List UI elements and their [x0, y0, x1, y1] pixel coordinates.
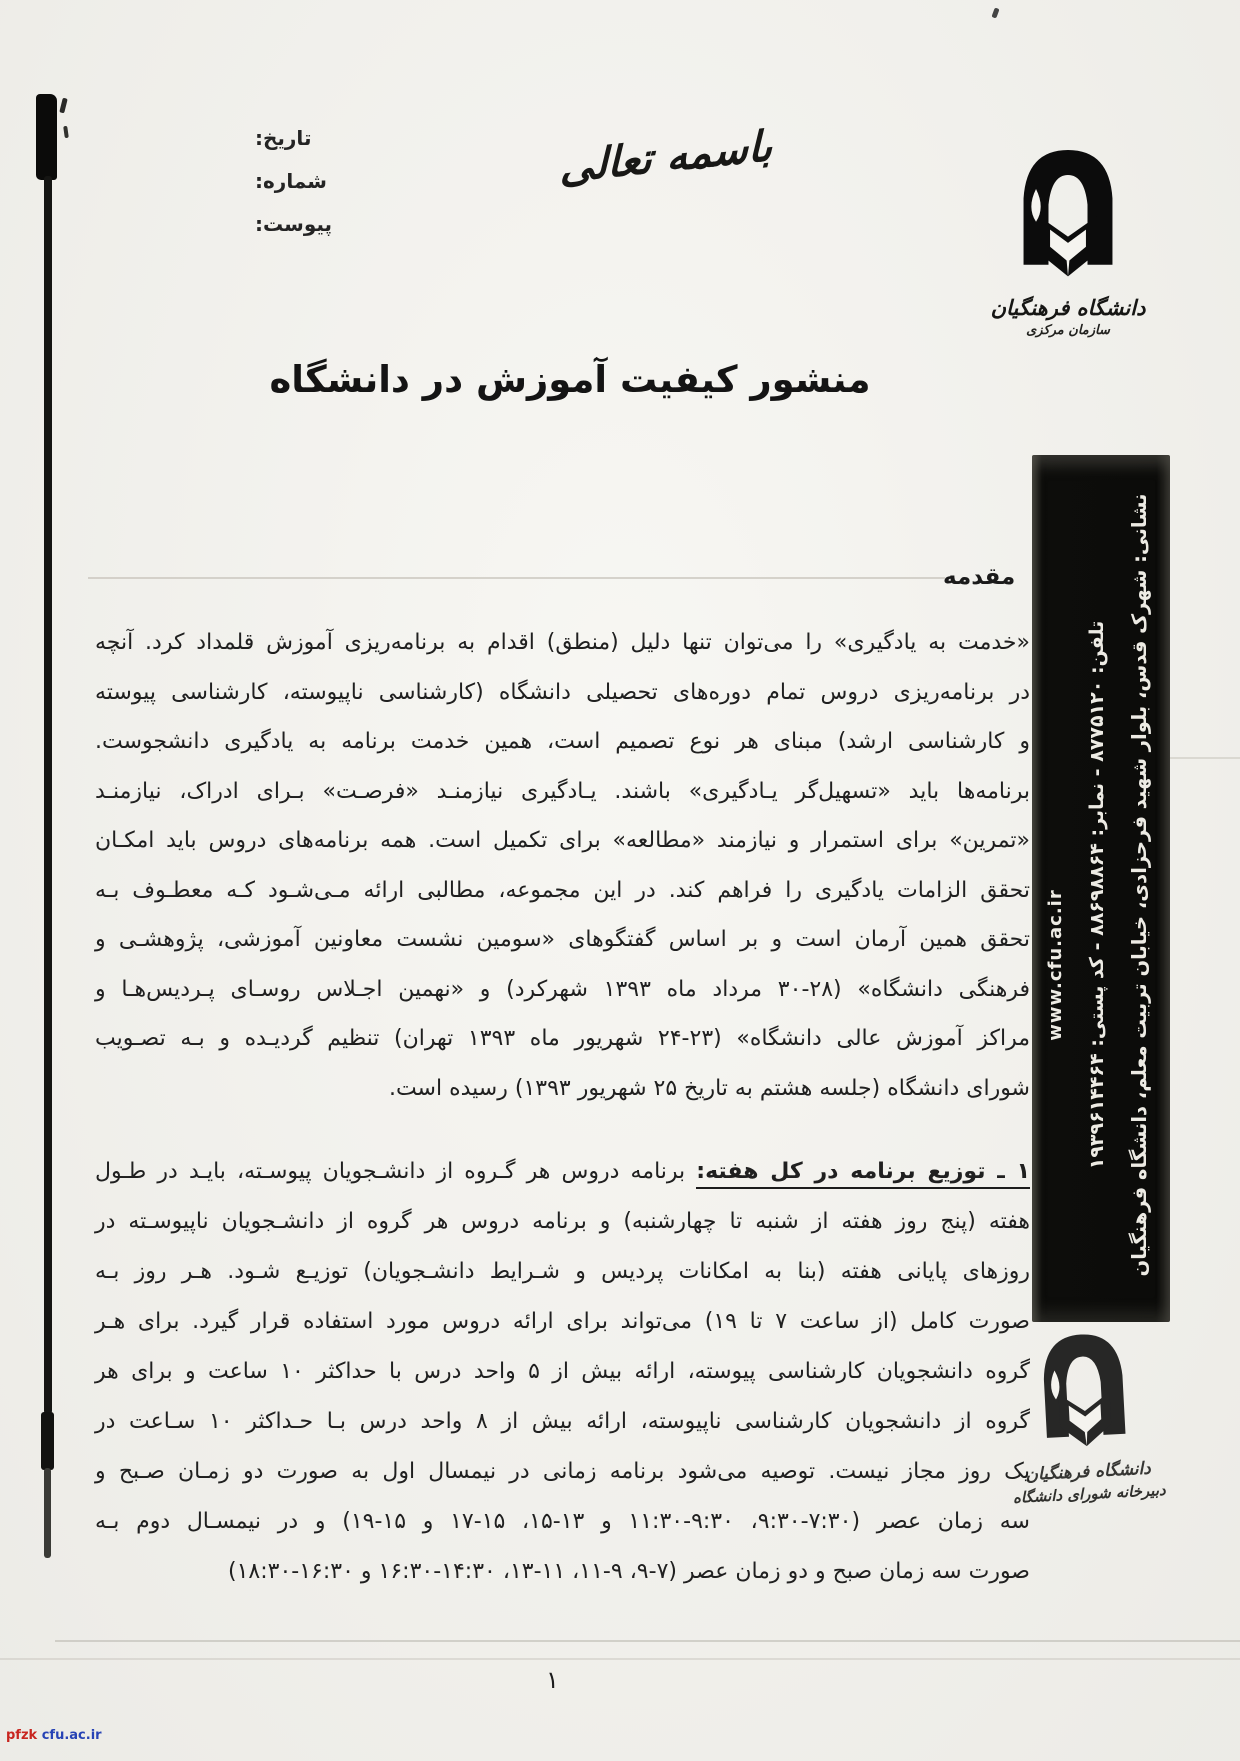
- section1-first-line-text: برنامه دروس هر گـروه از دانشـجویان پیوسـ…: [95, 1159, 685, 1184]
- paragraph-line: صورت کامل (از ساعت ۷ تا ۱۹) می‌تواند برا…: [95, 1297, 1030, 1347]
- paragraph-line: شورای دانشگاه (جلسه هشتم به تاریخ ۲۵ شهر…: [95, 1064, 1030, 1114]
- university-name: دانشگاه فرهنگیان: [988, 296, 1148, 320]
- divider-line: [55, 1640, 1240, 1642]
- university-logo-block: دانشگاه فرهنگیان سازمان مرکزی: [988, 136, 1148, 338]
- besmele-calligraphy: باسمه تعالی: [537, 118, 796, 194]
- header-fields: تاریخ: شماره: پیوست:: [255, 126, 370, 255]
- divider-line: [88, 577, 945, 579]
- scanned-document-page: تاریخ: شماره: پیوست: باسمه تعالی دانشگاه…: [0, 0, 1240, 1761]
- divider-line: [0, 1658, 1240, 1660]
- paragraph-line: روزهای پایانی هفته (بنا به امکانات پردیس…: [95, 1247, 1030, 1297]
- section1-paragraph: ۱ ـ توزیع برنامه در کل هفته: برنامه دروس…: [95, 1147, 1030, 1597]
- paragraph-line: گروه دانشجویان کارشناسی پیوسته، ارائه بی…: [95, 1347, 1030, 1397]
- scan-edge-line: [44, 1468, 51, 1558]
- intro-paragraph: «خدمت به یادگیری» را می‌توان تنها دلیل (…: [95, 618, 1030, 1113]
- watermark-text: pfzk: [6, 1728, 37, 1743]
- central-organization-label: سازمان مرکزی: [988, 323, 1148, 338]
- letterhead-address: نشانی: شهرک قدس، بلوار شهید فرحزادی، خیا…: [1127, 455, 1153, 1315]
- section1-heading: ۱ ـ توزیع برنامه در کل هفته:: [696, 1159, 1030, 1189]
- letterhead-website: www.cfu.ac.ir: [1043, 535, 1069, 1395]
- letterhead-contact: تلفن: ۸۷۷۵۱۲۰ - نمابر: ۸۸۶۹۸۸۶۴ - کد پست…: [1084, 465, 1110, 1325]
- corner-watermark: pfzk cfu.ac.ir: [6, 1728, 102, 1743]
- paragraph-line: گروه از دانشجویان کارشناسی ناپیوسته، ارا…: [95, 1397, 1030, 1447]
- attachment-label: پیوست:: [255, 212, 370, 236]
- university-logo-icon: [1006, 136, 1130, 292]
- watermark-link-text: cfu.ac.ir: [42, 1728, 102, 1743]
- paragraph-line: صورت سه زمان صبح و دو زمان عصر (۷-۹، ۹-۱…: [95, 1547, 1030, 1597]
- page-number: ۱: [546, 1666, 559, 1694]
- divider-line: [1168, 757, 1240, 759]
- paragraph-line: و کارشناسی ارشد) مبنای هر نوع تصمیم است،…: [95, 717, 1030, 767]
- paragraph-line: هفته (پنج روز هفته از شنبه تا چهارشنبه) …: [95, 1197, 1030, 1247]
- secretariat-stamp: دانشگاه فرهنگیان دبیرخانه شورای دانشگاه: [980, 1317, 1189, 1508]
- university-logo-icon: [1026, 1319, 1141, 1462]
- intro-heading: مقدمه: [943, 564, 1015, 590]
- scan-speck: [63, 126, 69, 138]
- number-label: شماره:: [255, 169, 370, 193]
- paragraph-line: «تمرین» برای استمرار و نیازمند «مطالعه» …: [95, 816, 1030, 866]
- paragraph-line: برنامه‌ها باید «تسهیل‌گر یـادگیری» باشند…: [95, 767, 1030, 817]
- scan-speck: [991, 7, 999, 18]
- paragraph-line: تحقق الزامات یادگیری را فراهم کند. در ای…: [95, 866, 1030, 916]
- scan-speck: [59, 98, 67, 114]
- paragraph-line: در برنامه‌ریزی دروس تمام دوره‌های تحصیلی…: [95, 668, 1030, 718]
- date-label: تاریخ:: [255, 126, 370, 150]
- paragraph-line: سه زمان عصر (۷:۳۰-۹:۳۰، ۹:۳۰-۱۱:۳۰ و ۱۳-…: [95, 1497, 1030, 1547]
- scan-edge-line: [41, 1412, 54, 1470]
- paragraph-line: تحقق همین آرمان است و بر اساس گفتگوهای «…: [95, 915, 1030, 965]
- scan-edge-line: [44, 176, 52, 1414]
- section1-first-line: ۱ ـ توزیع برنامه در کل هفته: برنامه دروس…: [95, 1147, 1030, 1197]
- scan-edge-artifact: [36, 94, 57, 180]
- paragraph-line: مراکز آموزش عالی دانشگاه» (۲۳-۲۴ شهریور …: [95, 1014, 1030, 1064]
- paragraph-line: یک روز مجاز نیست. توصیه می‌شود برنامه زم…: [95, 1447, 1030, 1497]
- page-title: منشور کیفیت آموزش در دانشگاه: [250, 358, 890, 401]
- paragraph-line: فرهنگی دانشگاه» (۲۸-۳۰ مرداد ماه ۱۳۹۳ شه…: [95, 965, 1030, 1015]
- paragraph-line: «خدمت به یادگیری» را می‌توان تنها دلیل (…: [95, 618, 1030, 668]
